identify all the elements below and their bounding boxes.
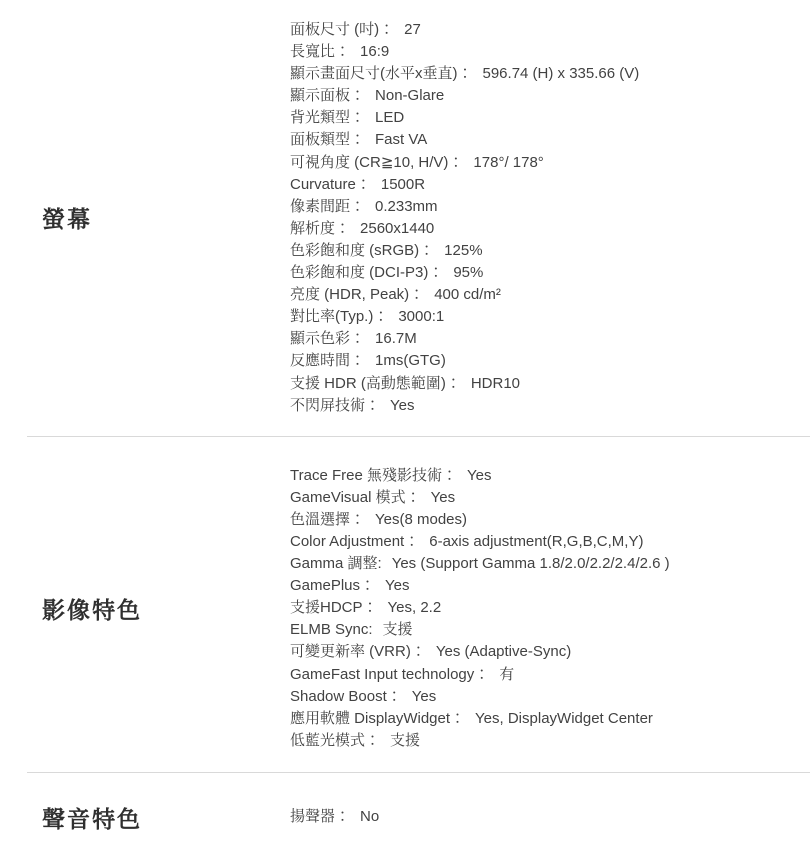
spec-value: Yes <box>390 397 414 414</box>
spec-value: Yes <box>431 489 455 506</box>
section-content: 揚聲器：No <box>290 806 810 828</box>
spec-label: 顯示色彩： <box>290 330 365 347</box>
spec-value: 1ms(GTG) <box>375 352 446 369</box>
spec-label: 可視角度 (CR≧10, H/V)： <box>290 154 463 171</box>
spec-value: Yes(8 modes) <box>375 511 467 528</box>
spec-label: ELMB Sync: <box>290 621 373 638</box>
spec-label: 顯示畫面尺寸(水平x垂直)： <box>290 65 473 82</box>
spec-value: Yes <box>412 688 436 705</box>
spec-label: GameVisual 模式： <box>290 489 421 506</box>
spec-value: 支援 <box>390 732 420 749</box>
spec-row: 解析度：2560x1440 <box>290 218 800 240</box>
spec-value: 27 <box>404 21 421 38</box>
spec-value: 0.233mm <box>375 198 438 215</box>
spec-row: Shadow Boost：Yes <box>290 686 800 708</box>
spec-label: Trace Free 無殘影技術： <box>290 467 457 484</box>
spec-label: 應用軟體 DisplayWidget： <box>290 710 465 727</box>
spec-value: 125% <box>444 242 482 259</box>
spec-row: 色彩飽和度 (sRGB)：125% <box>290 240 800 262</box>
spec-table: 螢幕面板尺寸 (吋)：27長寬比：16:9顯示畫面尺寸(水平x垂直)：596.7… <box>0 0 810 846</box>
spec-value: Yes, DisplayWidget Center <box>475 710 653 727</box>
spec-label: Curvature： <box>290 176 371 193</box>
spec-label: 像素間距： <box>290 198 365 215</box>
spec-value: 95% <box>453 264 483 281</box>
spec-value: 16.7M <box>375 330 417 347</box>
spec-row: Gamma 調整:Yes (Support Gamma 1.8/2.0/2.2/… <box>290 553 800 575</box>
spec-value: Yes (Adaptive-Sync) <box>436 643 571 660</box>
spec-section-2: 聲音特色揚聲器：No <box>0 773 810 846</box>
spec-label: 背光類型： <box>290 109 365 126</box>
spec-label: Shadow Boost： <box>290 688 402 705</box>
spec-value: 6-axis adjustment(R,G,B,C,M,Y) <box>429 533 643 550</box>
spec-row: 顯示面板：Non-Glare <box>290 85 800 107</box>
spec-row: GameVisual 模式：Yes <box>290 487 800 509</box>
spec-row: 應用軟體 DisplayWidget：Yes, DisplayWidget Ce… <box>290 708 800 730</box>
spec-row: 像素間距：0.233mm <box>290 196 800 218</box>
spec-row: 支援HDCP：Yes, 2.2 <box>290 597 800 619</box>
spec-label: 長寬比： <box>290 43 350 60</box>
spec-row: 不閃屏技術：Yes <box>290 395 800 417</box>
spec-row: Color Adjustment：6-axis adjustment(R,G,B… <box>290 531 800 553</box>
section-title: 螢幕 <box>0 201 290 234</box>
spec-label: 色溫選擇： <box>290 511 365 528</box>
spec-row: 亮度 (HDR, Peak)：400 cd/m² <box>290 284 800 306</box>
spec-row: 顯示色彩：16.7M <box>290 328 800 350</box>
spec-label: 反應時間： <box>290 352 365 369</box>
spec-label: 顯示面板： <box>290 87 365 104</box>
spec-row: 面板尺寸 (吋)：27 <box>290 19 800 41</box>
spec-row: 色溫選擇：Yes(8 modes) <box>290 509 800 531</box>
spec-label: 支援HDCP： <box>290 599 378 616</box>
spec-row: 背光類型：LED <box>290 107 800 129</box>
spec-label: 色彩飽和度 (sRGB)： <box>290 242 434 259</box>
spec-value: 2560x1440 <box>360 220 434 237</box>
spec-value: 596.74 (H) x 335.66 (V) <box>483 65 640 82</box>
spec-row: ELMB Sync:支援 <box>290 619 800 641</box>
spec-row: 反應時間：1ms(GTG) <box>290 350 800 372</box>
spec-row: 面板類型：Fast VA <box>290 129 800 151</box>
spec-value: 支援 <box>383 621 413 638</box>
spec-label: 解析度： <box>290 220 350 237</box>
spec-label: 揚聲器： <box>290 808 350 825</box>
spec-row: 色彩飽和度 (DCI-P3)：95% <box>290 262 800 284</box>
spec-row: 可變更新率 (VRR)：Yes (Adaptive-Sync) <box>290 641 800 663</box>
spec-section-0: 螢幕面板尺寸 (吋)：27長寬比：16:9顯示畫面尺寸(水平x垂直)：596.7… <box>0 0 810 436</box>
spec-value: Yes, 2.2 <box>388 599 442 616</box>
spec-label: 色彩飽和度 (DCI-P3)： <box>290 264 443 281</box>
spec-label: 不閃屏技術： <box>290 397 380 414</box>
spec-label: 面板尺寸 (吋)： <box>290 21 394 38</box>
spec-row: 低藍光模式：支援 <box>290 730 800 752</box>
spec-value: Yes <box>385 577 409 594</box>
spec-value: Yes <box>467 467 491 484</box>
spec-row: 長寬比：16:9 <box>290 41 800 63</box>
spec-row: 顯示畫面尺寸(水平x垂直)：596.74 (H) x 335.66 (V) <box>290 63 800 85</box>
spec-value: 1500R <box>381 176 425 193</box>
spec-label: 低藍光模式： <box>290 732 380 749</box>
spec-value: 400 cd/m² <box>434 286 501 303</box>
spec-label: 亮度 (HDR, Peak)： <box>290 286 424 303</box>
spec-value: 16:9 <box>360 43 389 60</box>
spec-label: GameFast Input technology： <box>290 666 489 683</box>
spec-row: 可視角度 (CR≧10, H/V)：178°/ 178° <box>290 152 800 174</box>
spec-value: Non-Glare <box>375 87 444 104</box>
section-content: 面板尺寸 (吋)：27長寬比：16:9顯示畫面尺寸(水平x垂直)：596.74 … <box>290 19 810 417</box>
spec-row: Trace Free 無殘影技術：Yes <box>290 465 800 487</box>
spec-section-1: 影像特色Trace Free 無殘影技術：YesGameVisual 模式：Ye… <box>0 437 810 772</box>
spec-value: 3000:1 <box>398 308 444 325</box>
spec-label: 支援 HDR (高動態範圍)： <box>290 375 461 392</box>
section-title: 聲音特色 <box>0 801 290 834</box>
spec-label: GamePlus： <box>290 577 375 594</box>
spec-label: Color Adjustment： <box>290 533 419 550</box>
spec-value: No <box>360 808 379 825</box>
spec-value: Yes (Support Gamma 1.8/2.0/2.2/2.4/2.6 ) <box>392 555 670 572</box>
spec-label: Gamma 調整: <box>290 555 382 572</box>
section-title: 影像特色 <box>0 592 290 625</box>
spec-value: Fast VA <box>375 131 427 148</box>
spec-label: 對比率(Typ.)： <box>290 308 388 325</box>
spec-value: LED <box>375 109 404 126</box>
spec-value: 有 <box>499 666 514 683</box>
spec-row: 揚聲器：No <box>290 806 800 828</box>
spec-value: HDR10 <box>471 375 520 392</box>
spec-value: 178°/ 178° <box>473 154 543 171</box>
spec-row: GameFast Input technology：有 <box>290 664 800 686</box>
spec-label: 面板類型： <box>290 131 365 148</box>
spec-row: 對比率(Typ.)：3000:1 <box>290 306 800 328</box>
spec-row: GamePlus：Yes <box>290 575 800 597</box>
spec-row: Curvature：1500R <box>290 174 800 196</box>
spec-row: 支援 HDR (高動態範圍)：HDR10 <box>290 373 800 395</box>
section-content: Trace Free 無殘影技術：YesGameVisual 模式：Yes色溫選… <box>290 465 810 752</box>
spec-label: 可變更新率 (VRR)： <box>290 643 426 660</box>
